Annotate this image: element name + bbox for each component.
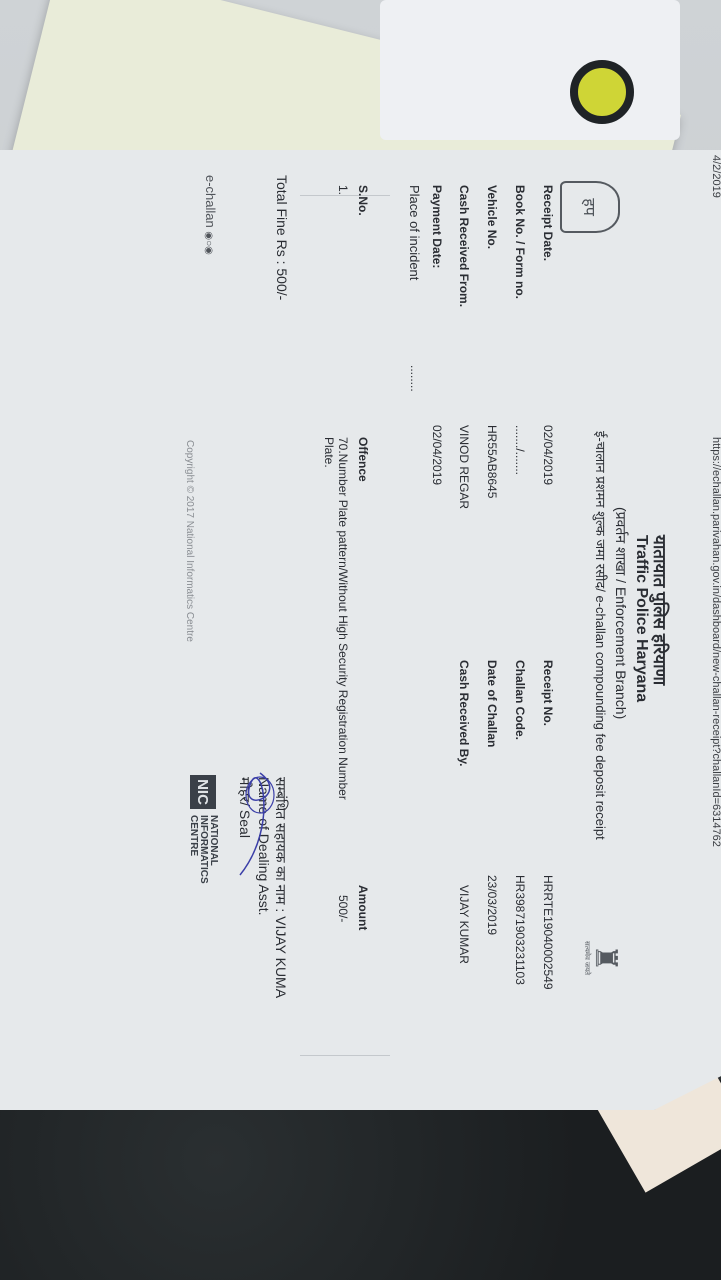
disc-object — [570, 60, 634, 124]
copyright: Copyright © 2017 National Informatics Ce… — [184, 440, 195, 642]
header-amount: Amount — [356, 885, 370, 930]
nic-logo: NIC NATIONAL INFORMATICS CENTRE — [188, 775, 218, 884]
title-english: Traffic Police Haryana — [632, 535, 650, 702]
print-date: 4/2/2019 — [710, 155, 721, 198]
label-book-no: Book No. / Form no. — [513, 185, 527, 299]
header-offence: Offence — [356, 437, 370, 482]
row-amount: 500/- — [336, 895, 350, 922]
echallan-logo: e-challan ◉○◉ — [203, 175, 218, 255]
background-card — [380, 0, 680, 140]
row-sno: 1. — [336, 185, 350, 195]
label-challan-code: Challan Code. — [513, 660, 527, 740]
value-challan-code: HR39871903231103 — [513, 875, 527, 985]
value-vehicle-no: HR55AB8645 — [485, 425, 499, 498]
total-fine: Total Fine Rs : 500/- — [274, 175, 290, 300]
label-cash-received-by: Cash Received By. — [457, 660, 471, 767]
row-offence: 70.Number Plate pattern/Without High Sec… — [336, 437, 350, 800]
signature-icon — [230, 765, 300, 885]
title-hindi: यातायात पुलिस हरियाणा — [649, 535, 672, 685]
table-divider — [300, 195, 390, 196]
haryana-police-logo: हप — [560, 181, 620, 233]
page-url: https://echallan.parivahan.gov.in/dashbo… — [710, 437, 721, 847]
label-place-of-incident: Place of incident — [407, 185, 422, 280]
label-cash-received-from: Cash Received From. — [457, 185, 471, 307]
row-offence-cont: Plate. — [322, 437, 336, 468]
label-vehicle-no: Vehicle No. — [485, 185, 499, 249]
table-divider — [300, 1055, 390, 1056]
ashoka-emblem-icon: ♜सत्यमेव जयते — [564, 935, 620, 981]
branch-name: (प्रवर्तन शाखा / Enforcement Branch) — [611, 507, 630, 719]
receipt-title: ई-चालान प्रशमन शुल्क जमा रसीद/ e-challan… — [592, 431, 610, 840]
value-cash-received-by: VIJAY KUMAR — [457, 885, 471, 964]
label-receipt-date: Receipt Date. — [541, 185, 555, 261]
label-payment-date: Payment Date: — [430, 185, 444, 268]
value-receipt-no: HRRTE19040002549 — [541, 875, 555, 990]
value-cash-received-from: VINOD REGAR — [457, 425, 471, 509]
header-sno: S.No. — [356, 185, 370, 216]
value-date-of-challan: 23/03/2019 — [485, 875, 499, 935]
value-place-of-incident: ........ — [408, 365, 422, 392]
receipt-content: 4/2/2019 https://echallan.parivahan.gov.… — [30, 155, 721, 1115]
value-receipt-date: 02/04/2019 — [541, 425, 555, 485]
value-book-no: ......./....... — [513, 425, 527, 475]
label-receipt-no: Receipt No. — [541, 660, 555, 726]
label-date-of-challan: Date of Challan — [485, 660, 499, 747]
value-payment-date: 02/04/2019 — [430, 425, 444, 485]
